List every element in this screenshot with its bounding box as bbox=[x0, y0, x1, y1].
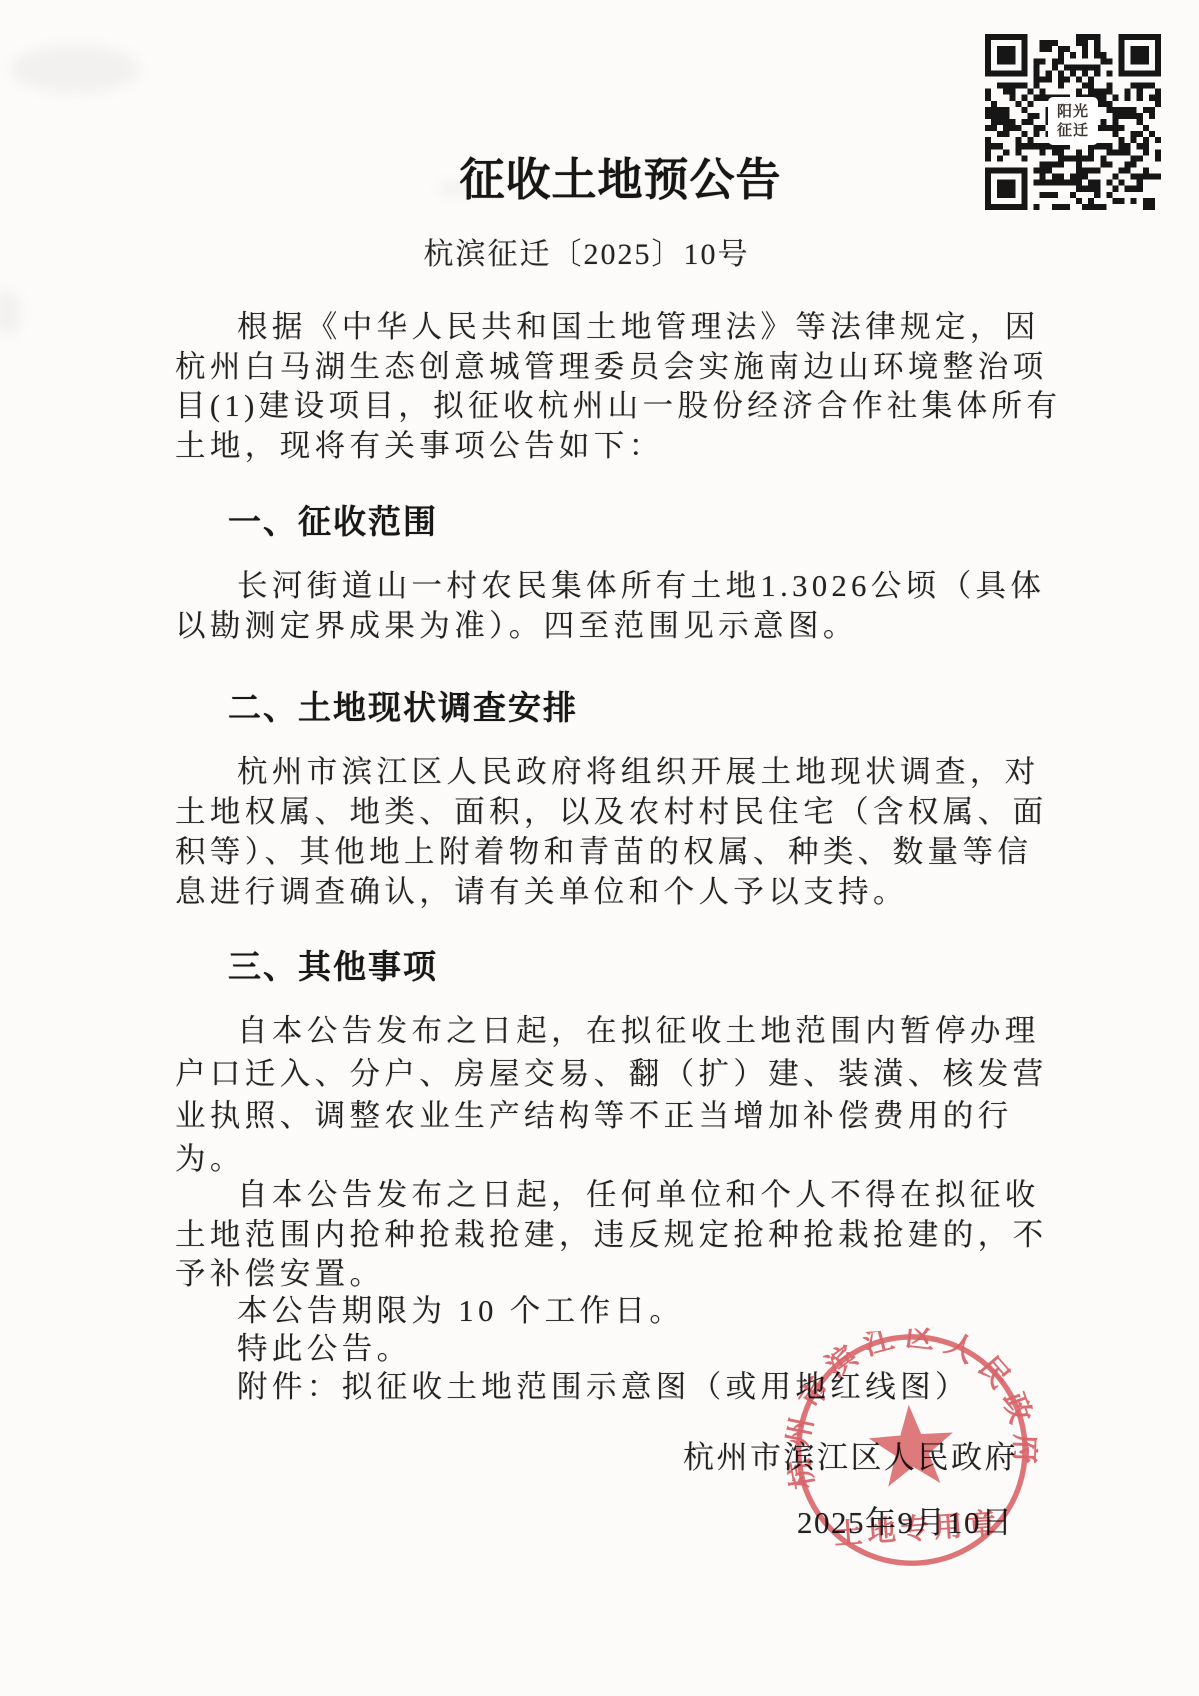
text-line: 自本公告发布之日起，在拟征收土地范围内暂停办理 bbox=[175, 1010, 1035, 1053]
text-line: 土地范围内抢种抢栽抢建，违反规定抢种抢栽抢建的，不 bbox=[175, 1216, 1035, 1256]
text-line: 根据《中华人民共和国土地管理法》等法律规定，因 bbox=[175, 308, 1035, 348]
section-1-heading: 一、征收范围 bbox=[228, 496, 438, 543]
intro-paragraph: 根据《中华人民共和国土地管理法》等法律规定，因 杭州白马湖生态创意城管理委员会实… bbox=[175, 308, 1035, 466]
section-3-heading: 三、其他事项 bbox=[228, 941, 438, 988]
text-line: 业执照、调整农业生产结构等不正当增加补偿费用的行 bbox=[175, 1095, 1035, 1138]
text-line: 予补偿安置。 bbox=[175, 1255, 1035, 1295]
qr-label-line2: 征迁 bbox=[1057, 121, 1089, 140]
text-line: 息进行调查确认，请有关单位和个人予以支持。 bbox=[175, 872, 1035, 912]
seal-star bbox=[867, 1402, 957, 1488]
text-line: 杭州市滨江区人民政府将组织开展土地现状调查，对 bbox=[175, 752, 1035, 792]
page-title: 征收土地预公告 bbox=[0, 143, 1199, 208]
text-line: 户口迁入、分户、房屋交易、翻（扩）建、装潢、核发营 bbox=[175, 1053, 1035, 1096]
text-line: 以勘测定界成果为准）。四至范围见示意图。 bbox=[175, 606, 1035, 646]
section-2-paragraph: 杭州市滨江区人民政府将组织开展土地现状调查，对 土地权属、地类、面积，以及农村村… bbox=[175, 752, 1035, 912]
scan-smudge bbox=[0, 290, 22, 336]
text-line: 土地，现将有关事项公告如下： bbox=[175, 427, 1035, 467]
duration-line: 本公告期限为 10 个工作日。 bbox=[175, 1292, 1035, 1332]
qr-label-line1: 阳光 bbox=[1057, 102, 1089, 121]
section-2-heading: 二、土地现状调查安排 bbox=[228, 682, 578, 729]
qr-center-label: 阳光 征迁 bbox=[1048, 97, 1098, 145]
text-line: 积等）、其他地上附着物和青苗的权属、种类、数量等信 bbox=[175, 832, 1035, 872]
duration-line-wrap: 本公告期限为 10 个工作日。 bbox=[175, 1292, 1035, 1332]
scan-smudge bbox=[10, 45, 140, 93]
official-seal: 杭州市滨江区人民政府 土地专用章 bbox=[778, 1321, 1047, 1584]
text-line: 自本公告发布之日起，任何单位和个人不得在拟征收 bbox=[175, 1176, 1035, 1216]
section-3-paragraph-1: 自本公告发布之日起，在拟征收土地范围内暂停办理 户口迁入、分户、房屋交易、翻（扩… bbox=[175, 1010, 1035, 1180]
text-line: 长河街道山一村农民集体所有土地1.3026公顷（具体 bbox=[175, 566, 1035, 606]
announcement-page: 阳光 征迁 征收土地预公告 杭滨征迁〔2025〕10号 根据《中华人民共和国土地… bbox=[0, 0, 1199, 1696]
text-line: 为。 bbox=[175, 1138, 1035, 1181]
text-line: 目(1)建设项目，拟征收杭州山一股份经济合作社集体所有 bbox=[175, 387, 1035, 427]
text-line: 土地权属、地类、面积，以及农村村民住宅（含权属、面 bbox=[175, 792, 1035, 832]
text-line: 杭州白马湖生态创意城管理委员会实施南边山环境整治项 bbox=[175, 348, 1035, 388]
section-3-paragraph-2: 自本公告发布之日起，任何单位和个人不得在拟征收 土地范围内抢种抢栽抢建，违反规定… bbox=[175, 1176, 1035, 1295]
section-1-paragraph: 长河街道山一村农民集体所有土地1.3026公顷（具体 以勘测定界成果为准）。四至… bbox=[175, 566, 1035, 646]
document-number: 杭滨征迁〔2025〕10号 bbox=[0, 229, 1199, 273]
